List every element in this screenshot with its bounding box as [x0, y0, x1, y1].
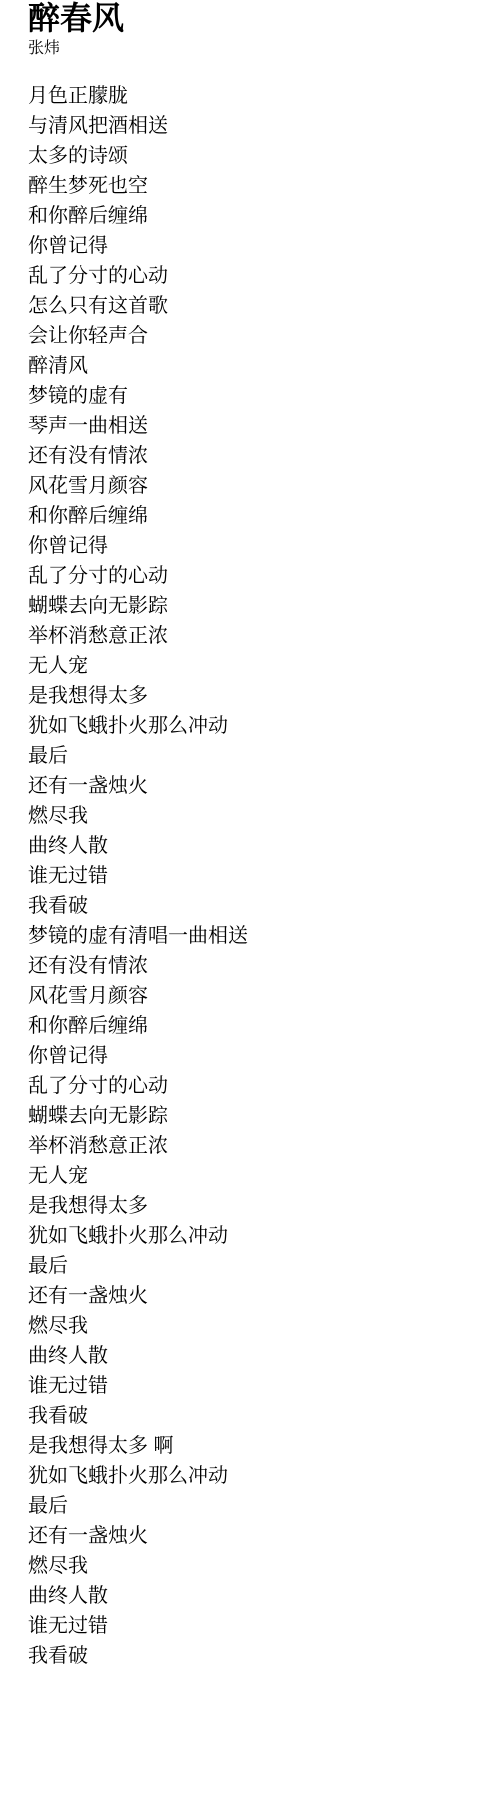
lyrics-page: 醉春风 张炜 月色正朦胧与清风把酒相送太多的诗颂醉生梦死也空和你醉后缠绵你曾记得… [0, 0, 500, 1810]
lyric-line: 是我想得太多 啊 [28, 1431, 480, 1461]
lyric-line: 还有一盏烛火 [28, 1521, 480, 1551]
lyric-line: 燃尽我 [28, 1551, 480, 1581]
lyric-line: 曲终人散 [28, 831, 480, 861]
lyric-line: 燃尽我 [28, 801, 480, 831]
lyric-line: 谁无过错 [28, 861, 480, 891]
lyric-line: 醉生梦死也空 [28, 171, 480, 201]
lyric-line: 怎么只有这首歌 [28, 291, 480, 321]
lyric-line: 和你醉后缠绵 [28, 201, 480, 231]
lyric-line: 犹如飞蛾扑火那么冲动 [28, 1461, 480, 1491]
artist-name: 张炜 [28, 39, 480, 59]
lyric-line: 太多的诗颂 [28, 141, 480, 171]
lyric-line: 你曾记得 [28, 231, 480, 261]
lyric-line: 最后 [28, 1251, 480, 1281]
lyric-line: 和你醉后缠绵 [28, 1011, 480, 1041]
lyric-line: 醉清风 [28, 351, 480, 381]
lyric-line: 谁无过错 [28, 1371, 480, 1401]
lyric-line: 琴声一曲相送 [28, 411, 480, 441]
lyric-line: 举杯消愁意正浓 [28, 1131, 480, 1161]
lyric-line: 谁无过错 [28, 1611, 480, 1641]
lyric-line: 和你醉后缠绵 [28, 501, 480, 531]
lyric-line: 无人宠 [28, 1161, 480, 1191]
lyric-line: 无人宠 [28, 651, 480, 681]
lyric-line: 是我想得太多 [28, 1191, 480, 1221]
lyric-line: 你曾记得 [28, 1041, 480, 1071]
lyric-line: 我看破 [28, 1641, 480, 1671]
lyric-line: 会让你轻声合 [28, 321, 480, 351]
lyric-line: 曲终人散 [28, 1341, 480, 1371]
lyrics-block: 月色正朦胧与清风把酒相送太多的诗颂醉生梦死也空和你醉后缠绵你曾记得乱了分寸的心动… [28, 81, 480, 1671]
lyric-line: 还有没有情浓 [28, 951, 480, 981]
lyric-line: 最后 [28, 741, 480, 771]
lyric-line: 是我想得太多 [28, 681, 480, 711]
lyric-line: 我看破 [28, 1401, 480, 1431]
lyric-line: 你曾记得 [28, 531, 480, 561]
lyric-line: 月色正朦胧 [28, 81, 480, 111]
lyric-line: 还有一盏烛火 [28, 1281, 480, 1311]
lyric-line: 与清风把酒相送 [28, 111, 480, 141]
lyric-line: 蝴蝶去向无影踪 [28, 591, 480, 621]
lyric-line: 风花雪月颜容 [28, 981, 480, 1011]
lyric-line: 蝴蝶去向无影踪 [28, 1101, 480, 1131]
lyric-line: 举杯消愁意正浓 [28, 621, 480, 651]
lyric-line: 还有一盏烛火 [28, 771, 480, 801]
lyric-line: 乱了分寸的心动 [28, 1071, 480, 1101]
lyric-line: 我看破 [28, 891, 480, 921]
lyric-line: 梦镜的虚有清唱一曲相送 [28, 921, 480, 951]
song-title: 醉春风 [28, 0, 480, 37]
lyric-line: 风花雪月颜容 [28, 471, 480, 501]
lyric-line: 梦镜的虚有 [28, 381, 480, 411]
lyric-line: 犹如飞蛾扑火那么冲动 [28, 711, 480, 741]
lyric-line: 还有没有情浓 [28, 441, 480, 471]
lyric-line: 最后 [28, 1491, 480, 1521]
lyric-line: 乱了分寸的心动 [28, 261, 480, 291]
lyric-line: 犹如飞蛾扑火那么冲动 [28, 1221, 480, 1251]
lyric-line: 曲终人散 [28, 1581, 480, 1611]
lyric-line: 乱了分寸的心动 [28, 561, 480, 591]
lyric-line: 燃尽我 [28, 1311, 480, 1341]
